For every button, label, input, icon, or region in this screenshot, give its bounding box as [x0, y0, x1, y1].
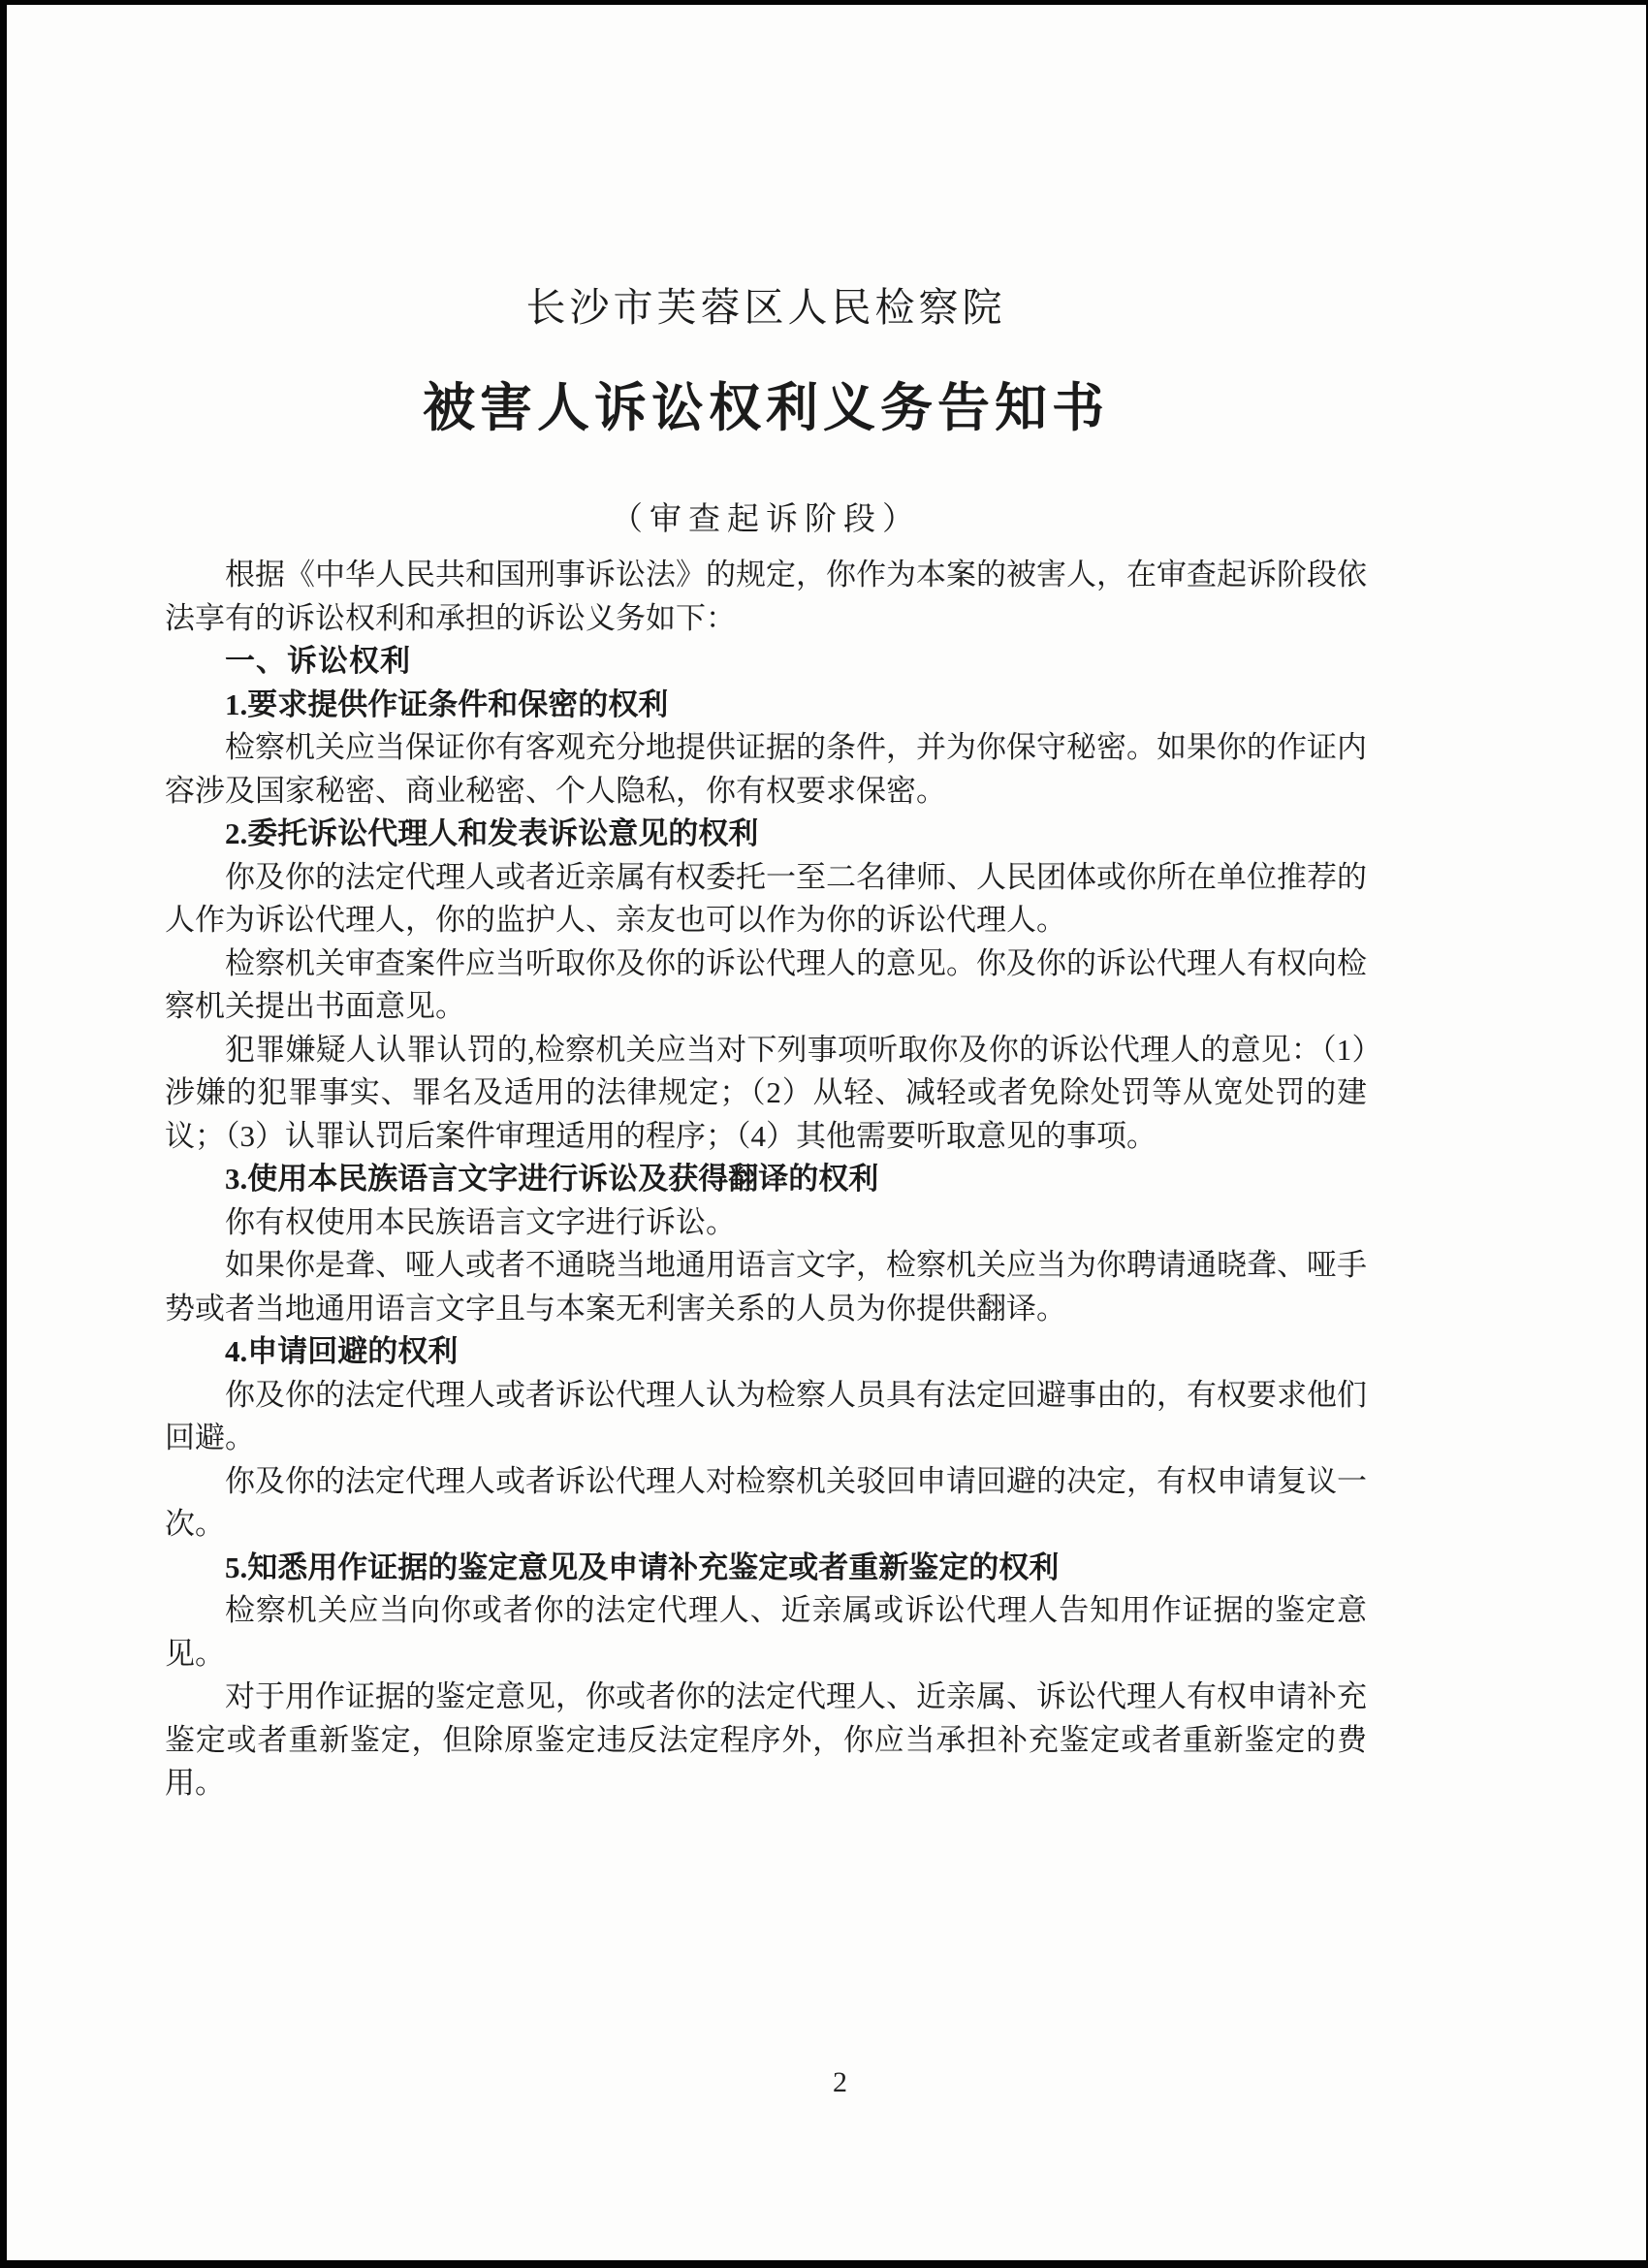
intro-paragraph: 根据《中华人民共和国刑事诉讼法》的规定，你作为本案的被害人，在审查起诉阶段依法享… — [165, 554, 1367, 640]
page-number: 2 — [833, 2066, 847, 2099]
item-heading-4: 4.申请回避的权利 — [165, 1330, 1367, 1374]
paragraph-item2-b: 检察机关审查案件应当听取你及你的诉讼代理人的意见。你及你的诉讼代理人有权向检察机… — [165, 942, 1367, 1029]
scanned-document-screenshot: { "document": { "organization": "长沙市芙蓉区人… — [0, 0, 1648, 2268]
item-heading-1: 1.要求提供作证条件和保密的权利 — [165, 684, 1367, 727]
document-page: 长沙市芙蓉区人民检察院 被害人诉讼权利义务告知书 （审查起诉阶段） 根据《中华人… — [7, 5, 1646, 2260]
stage-subtitle: （审查起诉阶段） — [165, 499, 1367, 540]
item-heading-3: 3.使用本民族语言文字进行诉讼及获得翻译的权利 — [165, 1158, 1367, 1201]
document-content: 长沙市芙蓉区人民检察院 被害人诉讼权利义务告知书 （审查起诉阶段） 根据《中华人… — [165, 5, 1367, 1805]
paragraph-item4-b: 你及你的法定代理人或者诉讼代理人对检察机关驳回申请回避的决定，有权申请复议一次。 — [165, 1460, 1367, 1547]
paragraph-item4-a: 你及你的法定代理人或者诉讼代理人认为检察人员具有法定回避事由的，有权要求他们回避… — [165, 1374, 1367, 1460]
document-body: 根据《中华人民共和国刑事诉讼法》的规定，你作为本案的被害人，在审查起诉阶段依法享… — [165, 554, 1367, 1805]
paragraph-item3-b: 如果你是聋、哑人或者不通晓当地通用语言文字，检察机关应当为你聘请通晓聋、哑手势或… — [165, 1244, 1367, 1330]
section-heading-1: 一、诉讼权利 — [165, 640, 1367, 684]
paragraph-item5-a: 检察机关应当向你或者你的法定代理人、近亲属或诉讼代理人告知用作证据的鉴定意见。 — [165, 1589, 1367, 1676]
paragraph-item5-b: 对于用作证据的鉴定意见，你或者你的法定代理人、近亲属、诉讼代理人有权申请补充鉴定… — [165, 1676, 1367, 1805]
organization-title: 长沙市芙蓉区人民检察院 — [165, 284, 1367, 331]
paragraph-item2-a: 你及你的法定代理人或者近亲属有权委托一至二名律师、人民团体或你所在单位推荐的人作… — [165, 856, 1367, 942]
document-title: 被害人诉讼权利义务告知书 — [165, 378, 1367, 438]
item-heading-5: 5.知悉用作证据的鉴定意见及申请补充鉴定或者重新鉴定的权利 — [165, 1547, 1367, 1590]
paragraph-item2-c: 犯罪嫌疑人认罪认罚的,检察机关应当对下列事项听取你及你的诉讼代理人的意见：（1）… — [165, 1029, 1367, 1159]
paragraph-item3-a: 你有权使用本民族语言文字进行诉讼。 — [165, 1201, 1367, 1245]
paragraph-item1: 检察机关应当保证你有客观充分地提供证据的条件，并为你保守秘密。如果你的作证内容涉… — [165, 726, 1367, 813]
item-heading-2: 2.委托诉讼代理人和发表诉讼意见的权利 — [165, 813, 1367, 856]
